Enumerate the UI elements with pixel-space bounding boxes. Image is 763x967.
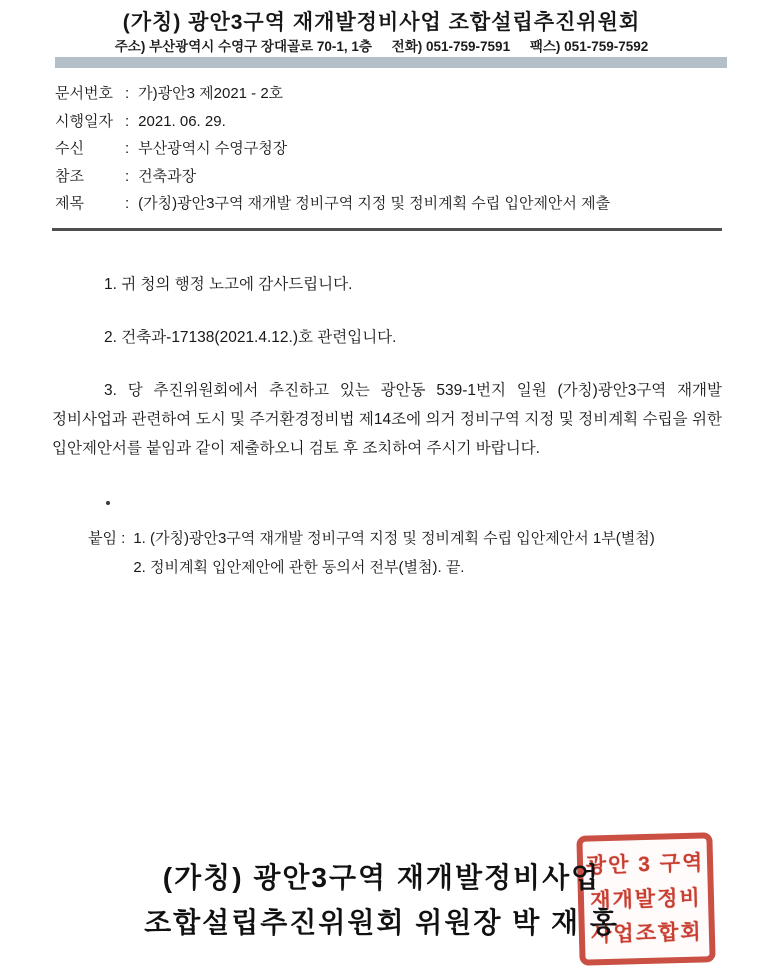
meta-row-recipient: 수신:부산광역시 수영구청장 (55, 140, 725, 158)
signature-org-line: (가칭) 광안3구역 재개발정비사업 (0, 856, 763, 896)
meta-label: 참조 (55, 168, 118, 186)
meta-separator: : (125, 168, 129, 185)
signature-chairman-line: 조합설립추진위원회 위원장 박 재 홍 (0, 901, 763, 941)
org-title: (가칭) 광안3구역 재개발정비사업 조합설립추진위원회 (0, 6, 763, 36)
document-meta: 문서번호:가)광안3 제2021 - 2호 시행일자:2021. 06. 29.… (55, 85, 725, 223)
attachments-label: 붙임 : (88, 524, 125, 553)
attachments-list: 1. (가칭)광안3구역 재개발 정비구역 지정 및 정비계획 수립 입안제안서… (133, 524, 723, 582)
meta-row-subject: 제목:(가칭)광안3구역 재개발 정비구역 지정 및 정비계획 수립 입안제안서… (55, 195, 725, 213)
body-paragraph-1: 1. 귀 청의 행정 노고에 감사드립니다. (52, 270, 722, 299)
letter-body: 1. 귀 청의 행정 노고에 감사드립니다. 2. 건축과-17138(2021… (52, 270, 722, 487)
org-address: 주소) 부산광역시 수영구 장대골로 70-1, 1층 (115, 39, 372, 54)
section-divider-rule (52, 228, 722, 231)
recipient-value: 부산광역시 수영구청장 (138, 140, 287, 157)
date-value: 2021. 06. 29. (138, 113, 226, 130)
meta-separator: : (125, 85, 129, 102)
meta-separator: : (125, 113, 129, 130)
org-fax: 팩스) 051-759-7592 (530, 39, 648, 54)
meta-label: 수신 (55, 140, 118, 158)
attachment-item-1: 1. (가칭)광안3구역 재개발 정비구역 지정 및 정비계획 수립 입안제안서… (133, 524, 723, 553)
scanned-official-letter: (가칭) 광안3구역 재개발정비사업 조합설립추진위원회 주소) 부산광역시 수… (0, 0, 763, 967)
org-phone: 전화) 051-759-7591 (392, 39, 510, 54)
doc-number-value: 가)광안3 제2021 - 2호 (138, 85, 283, 102)
meta-label: 문서번호 (55, 85, 118, 103)
meta-label: 시행일자 (55, 113, 118, 131)
scan-artifact-dot (106, 501, 110, 505)
attachments-block: 붙임 : 1. (가칭)광안3구역 재개발 정비구역 지정 및 정비계획 수립 … (88, 524, 723, 582)
subject-value: (가칭)광안3구역 재개발 정비구역 지정 및 정비계획 수립 입안제안서 제출 (138, 195, 610, 212)
meta-separator: : (125, 140, 129, 157)
org-contact-line: 주소) 부산광역시 수영구 장대골로 70-1, 1층 전화) 051-759-… (0, 35, 763, 55)
official-seal-stamp: 광안 3 구역 재개발정비 사업조합회 (576, 832, 715, 966)
letterhead-divider-bar (55, 57, 727, 68)
attachment-item-2: 2. 정비계획 입안제안에 관한 동의서 전부(별첨). 끝. (133, 553, 723, 582)
meta-row-reference: 참조:건축과장 (55, 168, 725, 186)
meta-row-date: 시행일자:2021. 06. 29. (55, 113, 725, 131)
reference-value: 건축과장 (138, 168, 196, 185)
meta-label: 제목 (55, 195, 118, 213)
meta-separator: : (125, 195, 129, 212)
body-paragraph-3: 3. 당 추진위원회에서 추진하고 있는 광안동 539-1번지 일원 (가칭)… (52, 376, 722, 463)
meta-row-doc-number: 문서번호:가)광안3 제2021 - 2호 (55, 85, 725, 103)
body-paragraph-2: 2. 건축과-17138(2021.4.12.)호 관련입니다. (52, 323, 722, 352)
